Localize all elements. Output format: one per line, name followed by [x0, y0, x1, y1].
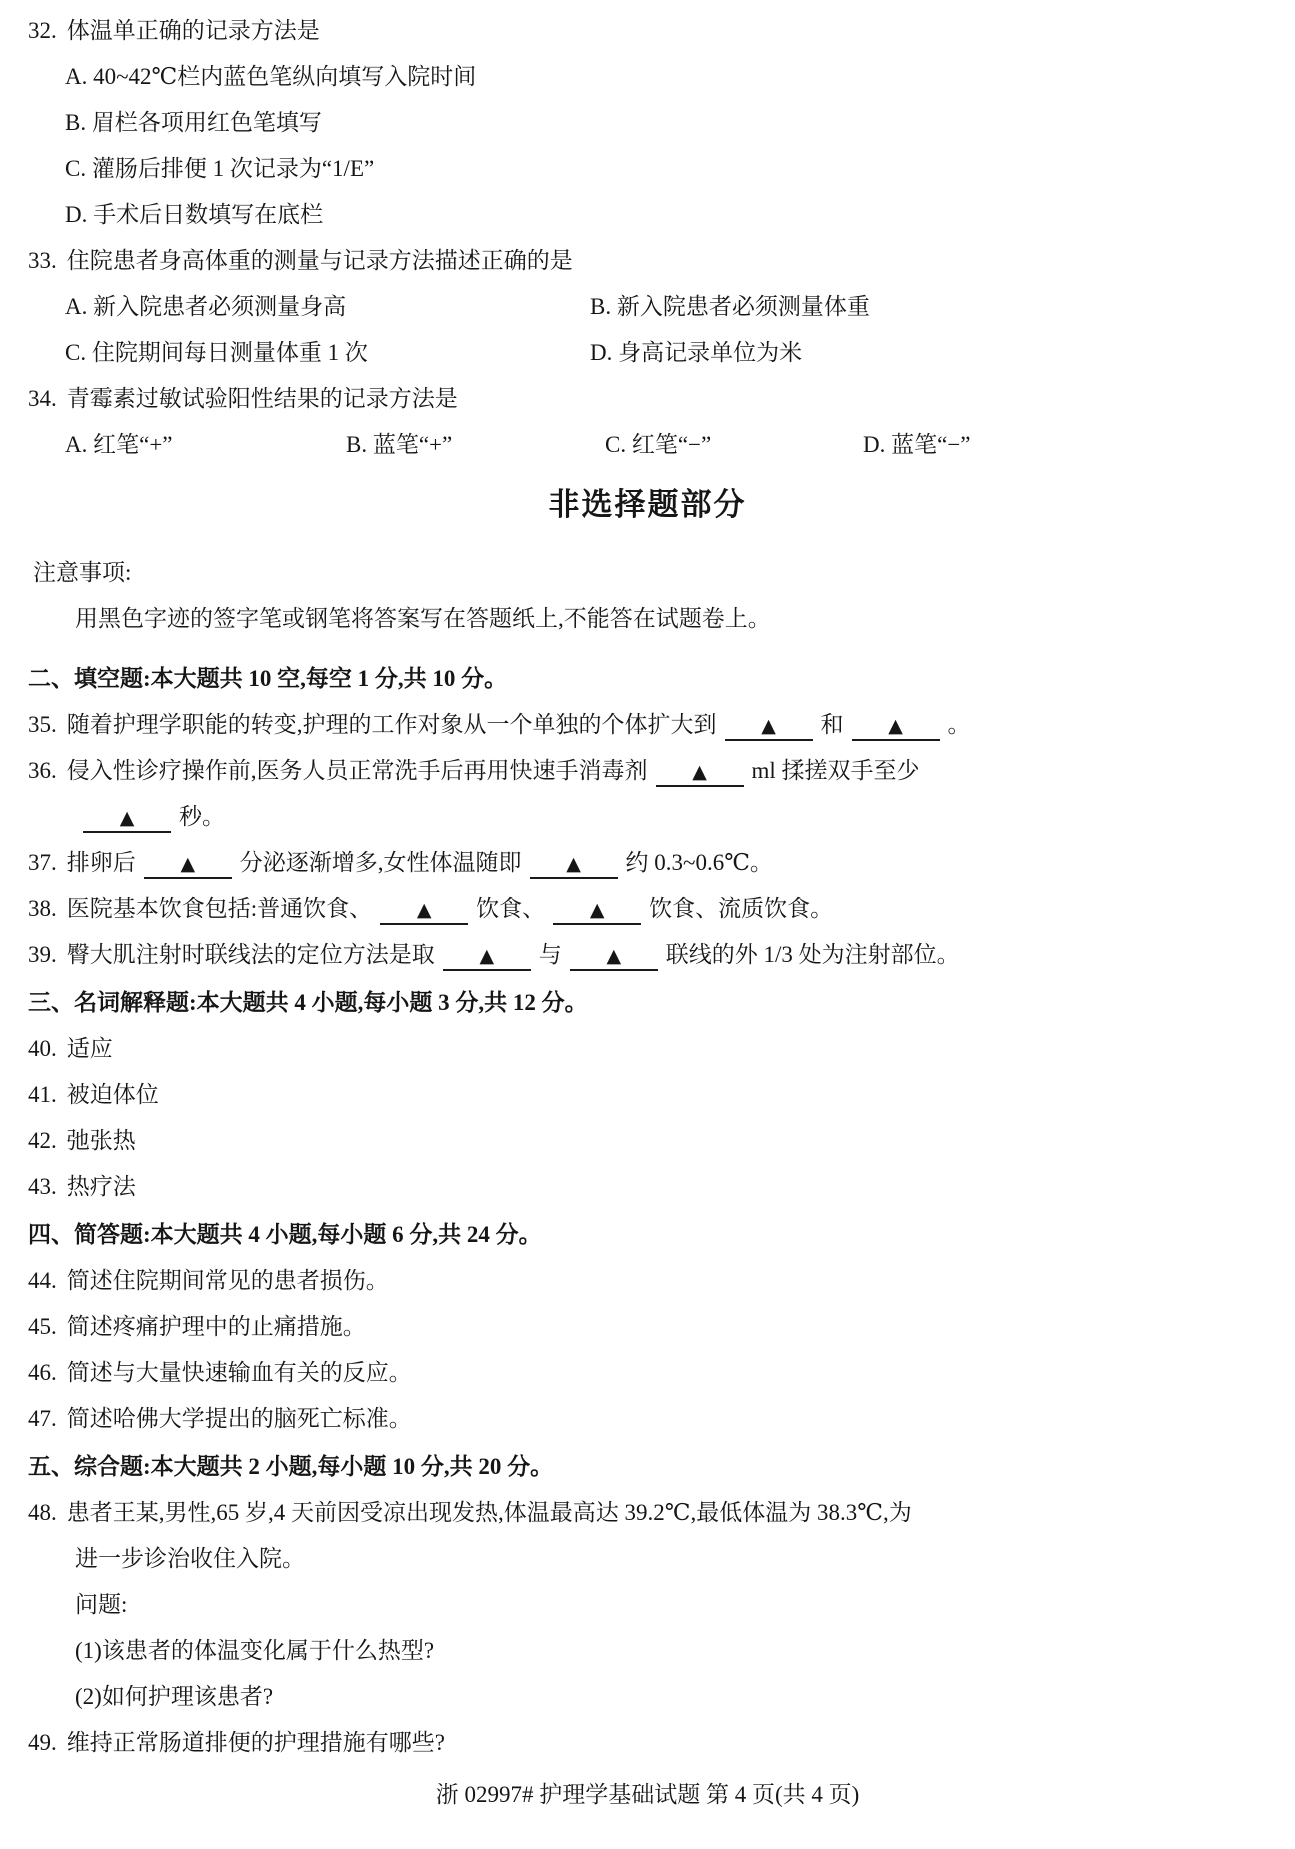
question-40: 40.适应 — [0, 1026, 1295, 1072]
notice-text: 用黑色字迹的签字笔或钢笔将答案写在答题纸上,不能答在试题卷上。 — [0, 596, 1295, 642]
section-title: 非选择题部分 — [0, 474, 1295, 536]
question-text: 随着护理学职能的转变,护理的工作对象从一个单独的个体扩大到 — [67, 712, 717, 737]
blank-triangle-icon: ▲ — [692, 761, 707, 783]
question-32-option-b: B. 眉栏各项用红色笔填写 — [0, 100, 1295, 146]
question-34-options-row: A. 红笔“+” B. 蓝笔“+” C. 红笔“−” D. 蓝笔“−” — [0, 422, 1295, 468]
blank-triangle-icon: ▲ — [590, 899, 605, 921]
question-number: 41. — [28, 1082, 57, 1107]
fill-blank: ▲ — [852, 712, 940, 741]
question-number: 42. — [28, 1128, 57, 1153]
question-text: 体温单正确的记录方法是 — [67, 18, 320, 43]
question-34-option-a: A. 红笔“+” — [65, 422, 346, 468]
question-48-sub-1: (1)该患者的体温变化属于什么热型? — [0, 1628, 1295, 1674]
question-34-option-c: C. 红笔“−” — [605, 422, 863, 468]
question-text: 简述疼痛护理中的止痛措施。 — [67, 1314, 366, 1339]
question-text: 简述住院期间常见的患者损伤。 — [67, 1268, 389, 1293]
question-text: 弛张热 — [67, 1128, 136, 1153]
question-text: 青霉素过敏试验阳性结果的记录方法是 — [67, 386, 458, 411]
page-footer: 浙 02997# 护理学基础试题 第 4 页(共 4 页) — [0, 1772, 1295, 1818]
question-text: 。 — [948, 712, 971, 737]
fill-blank: ▲ — [380, 896, 468, 925]
question-44: 44.简述住院期间常见的患者损伤。 — [0, 1258, 1295, 1304]
question-36-line-2: ▲秒。 — [0, 794, 1295, 840]
question-32-option-d: D. 手术后日数填写在底栏 — [0, 192, 1295, 238]
question-34-option-d: D. 蓝笔“−” — [863, 422, 1295, 468]
question-text: 饮食、 — [476, 896, 545, 921]
fill-blank: ▲ — [83, 804, 171, 833]
question-41: 41.被迫体位 — [0, 1072, 1295, 1118]
question-34: 34.青霉素过敏试验阳性结果的记录方法是 — [0, 376, 1295, 422]
fill-blank: ▲ — [144, 850, 232, 879]
question-text: 约 0.3~0.6℃。 — [626, 850, 773, 875]
question-text: 臀大肌注射时联线法的定位方法是取 — [67, 942, 435, 967]
blank-triangle-icon: ▲ — [479, 945, 494, 967]
question-48-prompt: 问题: — [0, 1582, 1295, 1628]
question-33: 33.住院患者身高体重的测量与记录方法描述正确的是 — [0, 238, 1295, 284]
question-number: 33. — [28, 248, 57, 273]
question-number: 49. — [28, 1730, 57, 1755]
question-text: 与 — [539, 942, 562, 967]
blank-triangle-icon: ▲ — [566, 853, 581, 875]
question-33-option-d: D. 身高记录单位为米 — [590, 330, 1295, 376]
blank-triangle-icon: ▲ — [417, 899, 432, 921]
question-47: 47.简述哈佛大学提出的脑死亡标准。 — [0, 1396, 1295, 1442]
question-48-line-2: 进一步诊治收住入院。 — [0, 1536, 1295, 1582]
question-number: 36. — [28, 758, 57, 783]
fill-blank: ▲ — [553, 896, 641, 925]
question-37: 37.排卵后▲分泌逐渐增多,女性体温随即▲约 0.3~0.6℃。 — [0, 840, 1295, 886]
question-33-option-c: C. 住院期间每日测量体重 1 次 — [65, 330, 590, 376]
question-43: 43.热疗法 — [0, 1164, 1295, 1210]
question-text: 适应 — [67, 1036, 113, 1061]
fill-section-header: 二、填空题:本大题共 10 空,每空 1 分,共 10 分。 — [0, 656, 1295, 702]
question-number: 45. — [28, 1314, 57, 1339]
question-38: 38.医院基本饮食包括:普通饮食、▲饮食、▲饮食、流质饮食。 — [0, 886, 1295, 932]
question-number: 37. — [28, 850, 57, 875]
question-text: 被迫体位 — [67, 1082, 159, 1107]
question-number: 46. — [28, 1360, 57, 1385]
question-number: 44. — [28, 1268, 57, 1293]
question-39: 39.臀大肌注射时联线法的定位方法是取▲与▲联线的外 1/3 处为注射部位。 — [0, 932, 1295, 978]
question-number: 47. — [28, 1406, 57, 1431]
question-number: 43. — [28, 1174, 57, 1199]
blank-triangle-icon: ▲ — [888, 715, 903, 737]
question-42: 42.弛张热 — [0, 1118, 1295, 1164]
fill-blank: ▲ — [443, 942, 531, 971]
question-35: 35.随着护理学职能的转变,护理的工作对象从一个单独的个体扩大到▲和▲。 — [0, 702, 1295, 748]
question-32-option-c: C. 灌肠后排便 1 次记录为“1/E” — [0, 146, 1295, 192]
question-text: ml 揉搓双手至少 — [752, 758, 920, 783]
question-text: 住院患者身高体重的测量与记录方法描述正确的是 — [67, 248, 573, 273]
comprehensive-section-header: 五、综合题:本大题共 2 小题,每小题 10 分,共 20 分。 — [0, 1444, 1295, 1490]
blank-triangle-icon: ▲ — [180, 853, 195, 875]
question-32-option-a: A. 40~42℃栏内蓝色笔纵向填写入院时间 — [0, 54, 1295, 100]
question-33-option-a: A. 新入院患者必须测量身高 — [65, 284, 590, 330]
question-48-sub-2: (2)如何护理该患者? — [0, 1674, 1295, 1720]
short-answer-section-header: 四、简答题:本大题共 4 小题,每小题 6 分,共 24 分。 — [0, 1212, 1295, 1258]
exam-page: 32.体温单正确的记录方法是 A. 40~42℃栏内蓝色笔纵向填写入院时间 B.… — [0, 0, 1295, 1849]
question-48-line-1: 48.患者王某,男性,65 岁,4 天前因受凉出现发热,体温最高达 39.2℃,… — [0, 1490, 1295, 1536]
question-33-options-row-2: C. 住院期间每日测量体重 1 次 D. 身高记录单位为米 — [0, 330, 1295, 376]
question-text: 和 — [821, 712, 844, 737]
question-46: 46.简述与大量快速输血有关的反应。 — [0, 1350, 1295, 1396]
question-45: 45.简述疼痛护理中的止痛措施。 — [0, 1304, 1295, 1350]
question-text: 分泌逐渐增多,女性体温随即 — [240, 850, 522, 875]
question-number: 40. — [28, 1036, 57, 1061]
question-number: 32. — [28, 18, 57, 43]
fill-blank: ▲ — [530, 850, 618, 879]
question-text: 热疗法 — [67, 1174, 136, 1199]
question-text: 侵入性诊疗操作前,医务人员正常洗手后再用快速手消毒剂 — [67, 758, 648, 783]
question-number: 34. — [28, 386, 57, 411]
fill-blank: ▲ — [656, 758, 744, 787]
question-49: 49.维持正常肠道排便的护理措施有哪些? — [0, 1720, 1295, 1766]
question-text: 简述与大量快速输血有关的反应。 — [67, 1360, 412, 1385]
question-text: 饮食、流质饮食。 — [649, 896, 833, 921]
terms-section-header: 三、名词解释题:本大题共 4 小题,每小题 3 分,共 12 分。 — [0, 980, 1295, 1026]
blank-triangle-icon: ▲ — [761, 715, 776, 737]
question-number: 39. — [28, 942, 57, 967]
blank-triangle-icon: ▲ — [606, 945, 621, 967]
question-text: 医院基本饮食包括:普通饮食、 — [67, 896, 372, 921]
blank-triangle-icon: ▲ — [120, 807, 135, 829]
question-text: 简述哈佛大学提出的脑死亡标准。 — [67, 1406, 412, 1431]
question-34-option-b: B. 蓝笔“+” — [346, 422, 605, 468]
question-number: 35. — [28, 712, 57, 737]
fill-blank: ▲ — [570, 942, 658, 971]
notice-label: 注意事项: — [0, 550, 1295, 596]
question-36-line-1: 36.侵入性诊疗操作前,医务人员正常洗手后再用快速手消毒剂▲ml 揉搓双手至少 — [0, 748, 1295, 794]
question-33-options-row-1: A. 新入院患者必须测量身高 B. 新入院患者必须测量体重 — [0, 284, 1295, 330]
question-text: 秒。 — [179, 804, 225, 829]
question-text: 联线的外 1/3 处为注射部位。 — [666, 942, 960, 967]
fill-blank: ▲ — [725, 712, 813, 741]
question-text: 排卵后 — [67, 850, 136, 875]
question-number: 48. — [28, 1500, 57, 1525]
question-number: 38. — [28, 896, 57, 921]
question-text: 患者王某,男性,65 岁,4 天前因受凉出现发热,体温最高达 39.2℃,最低体… — [67, 1500, 912, 1525]
question-33-option-b: B. 新入院患者必须测量体重 — [590, 284, 1295, 330]
question-32: 32.体温单正确的记录方法是 — [0, 8, 1295, 54]
question-text: 维持正常肠道排便的护理措施有哪些? — [67, 1730, 445, 1755]
